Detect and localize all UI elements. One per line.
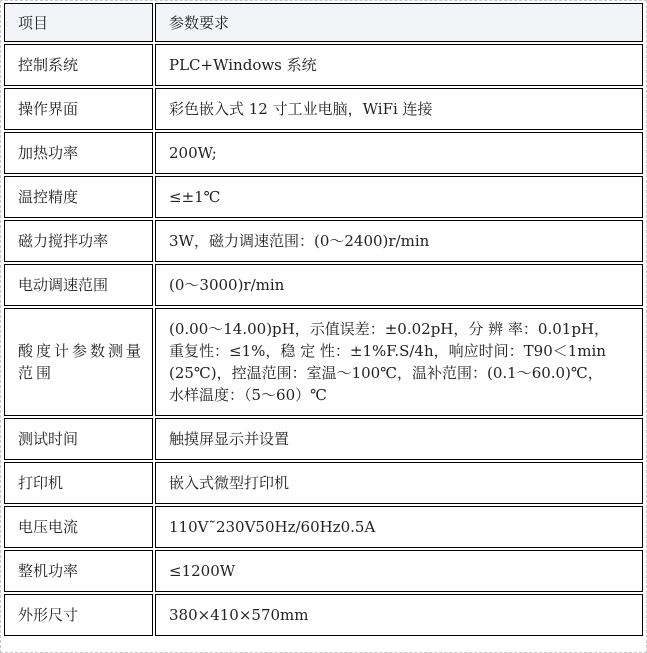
row-value: (0～3000)r/min	[155, 264, 643, 306]
table-row: 电动调速范围 (0～3000)r/min	[4, 264, 643, 306]
row-value: 触摸屏显示并设置	[155, 418, 643, 460]
row-value: 嵌入式微型打印机	[155, 462, 643, 504]
table-row: 温控精度 ≤±1℃	[4, 176, 643, 218]
row-label: 外形尺寸	[4, 594, 153, 636]
table-row: 整机功率 ≤1200W	[4, 550, 643, 592]
row-label: 整机功率	[4, 550, 153, 592]
value-line: (0.00～14.00)pH，示值误差：±0.02pH，分 辨 率：0.01pH…	[169, 318, 642, 340]
row-label: 电动调速范围	[4, 264, 153, 306]
row-label: 磁力搅拌功率	[4, 220, 153, 262]
table-row: 加热功率 200W;	[4, 132, 643, 174]
table-header-row: 项目 参数要求	[4, 3, 643, 42]
row-value: 380×410×570mm	[155, 594, 643, 636]
row-value: 200W;	[155, 132, 643, 174]
row-label: 控制系统	[4, 44, 153, 86]
table-row: 测试时间 触摸屏显示并设置	[4, 418, 643, 460]
header-item: 项目	[4, 3, 153, 42]
value-line: 重复性：≤1%，稳 定 性：±1%F.S/4h，响应时间：T90＜1min	[169, 340, 642, 362]
value-line: 水样温度：（5～60）℃	[169, 384, 642, 406]
row-value: 彩色嵌入式 12 寸工业电脑，WiFi 连接	[155, 88, 643, 130]
table-row: 打印机 嵌入式微型打印机	[4, 462, 643, 504]
row-value: 3W，磁力调速范围：(0～2400)r/min	[155, 220, 643, 262]
row-value: 110V˜230V50Hz/60Hz0.5A	[155, 506, 643, 548]
table-row: 控制系统 PLC+Windows 系统	[4, 44, 643, 86]
row-label: 加热功率	[4, 132, 153, 174]
table-row: 酸度计参数测量范围 (0.00～14.00)pH，示值误差：±0.02pH，分 …	[4, 308, 643, 416]
table-row: 电压电流 110V˜230V50Hz/60Hz0.5A	[4, 506, 643, 548]
table-row: 磁力搅拌功率 3W，磁力调速范围：(0～2400)r/min	[4, 220, 643, 262]
spec-table: 项目 参数要求 控制系统 PLC+Windows 系统 操作界面 彩色嵌入式 1…	[2, 1, 645, 638]
row-value: ≤±1℃	[155, 176, 643, 218]
value-line: (25℃)，控温范围：室温～100℃，温补范围：(0.1～60.0)℃，	[169, 362, 642, 384]
table-row: 操作界面 彩色嵌入式 12 寸工业电脑，WiFi 连接	[4, 88, 643, 130]
row-value-multiline: (0.00～14.00)pH，示值误差：±0.02pH，分 辨 率：0.01pH…	[155, 308, 643, 416]
row-label: 电压电流	[4, 506, 153, 548]
row-label: 操作界面	[4, 88, 153, 130]
row-label: 酸度计参数测量范围	[4, 308, 153, 416]
row-value: ≤1200W	[155, 550, 643, 592]
row-label: 温控精度	[4, 176, 153, 218]
header-requirement: 参数要求	[155, 3, 643, 42]
table-row: 外形尺寸 380×410×570mm	[4, 594, 643, 636]
row-label: 打印机	[4, 462, 153, 504]
row-label: 测试时间	[4, 418, 153, 460]
row-value: PLC+Windows 系统	[155, 44, 643, 86]
